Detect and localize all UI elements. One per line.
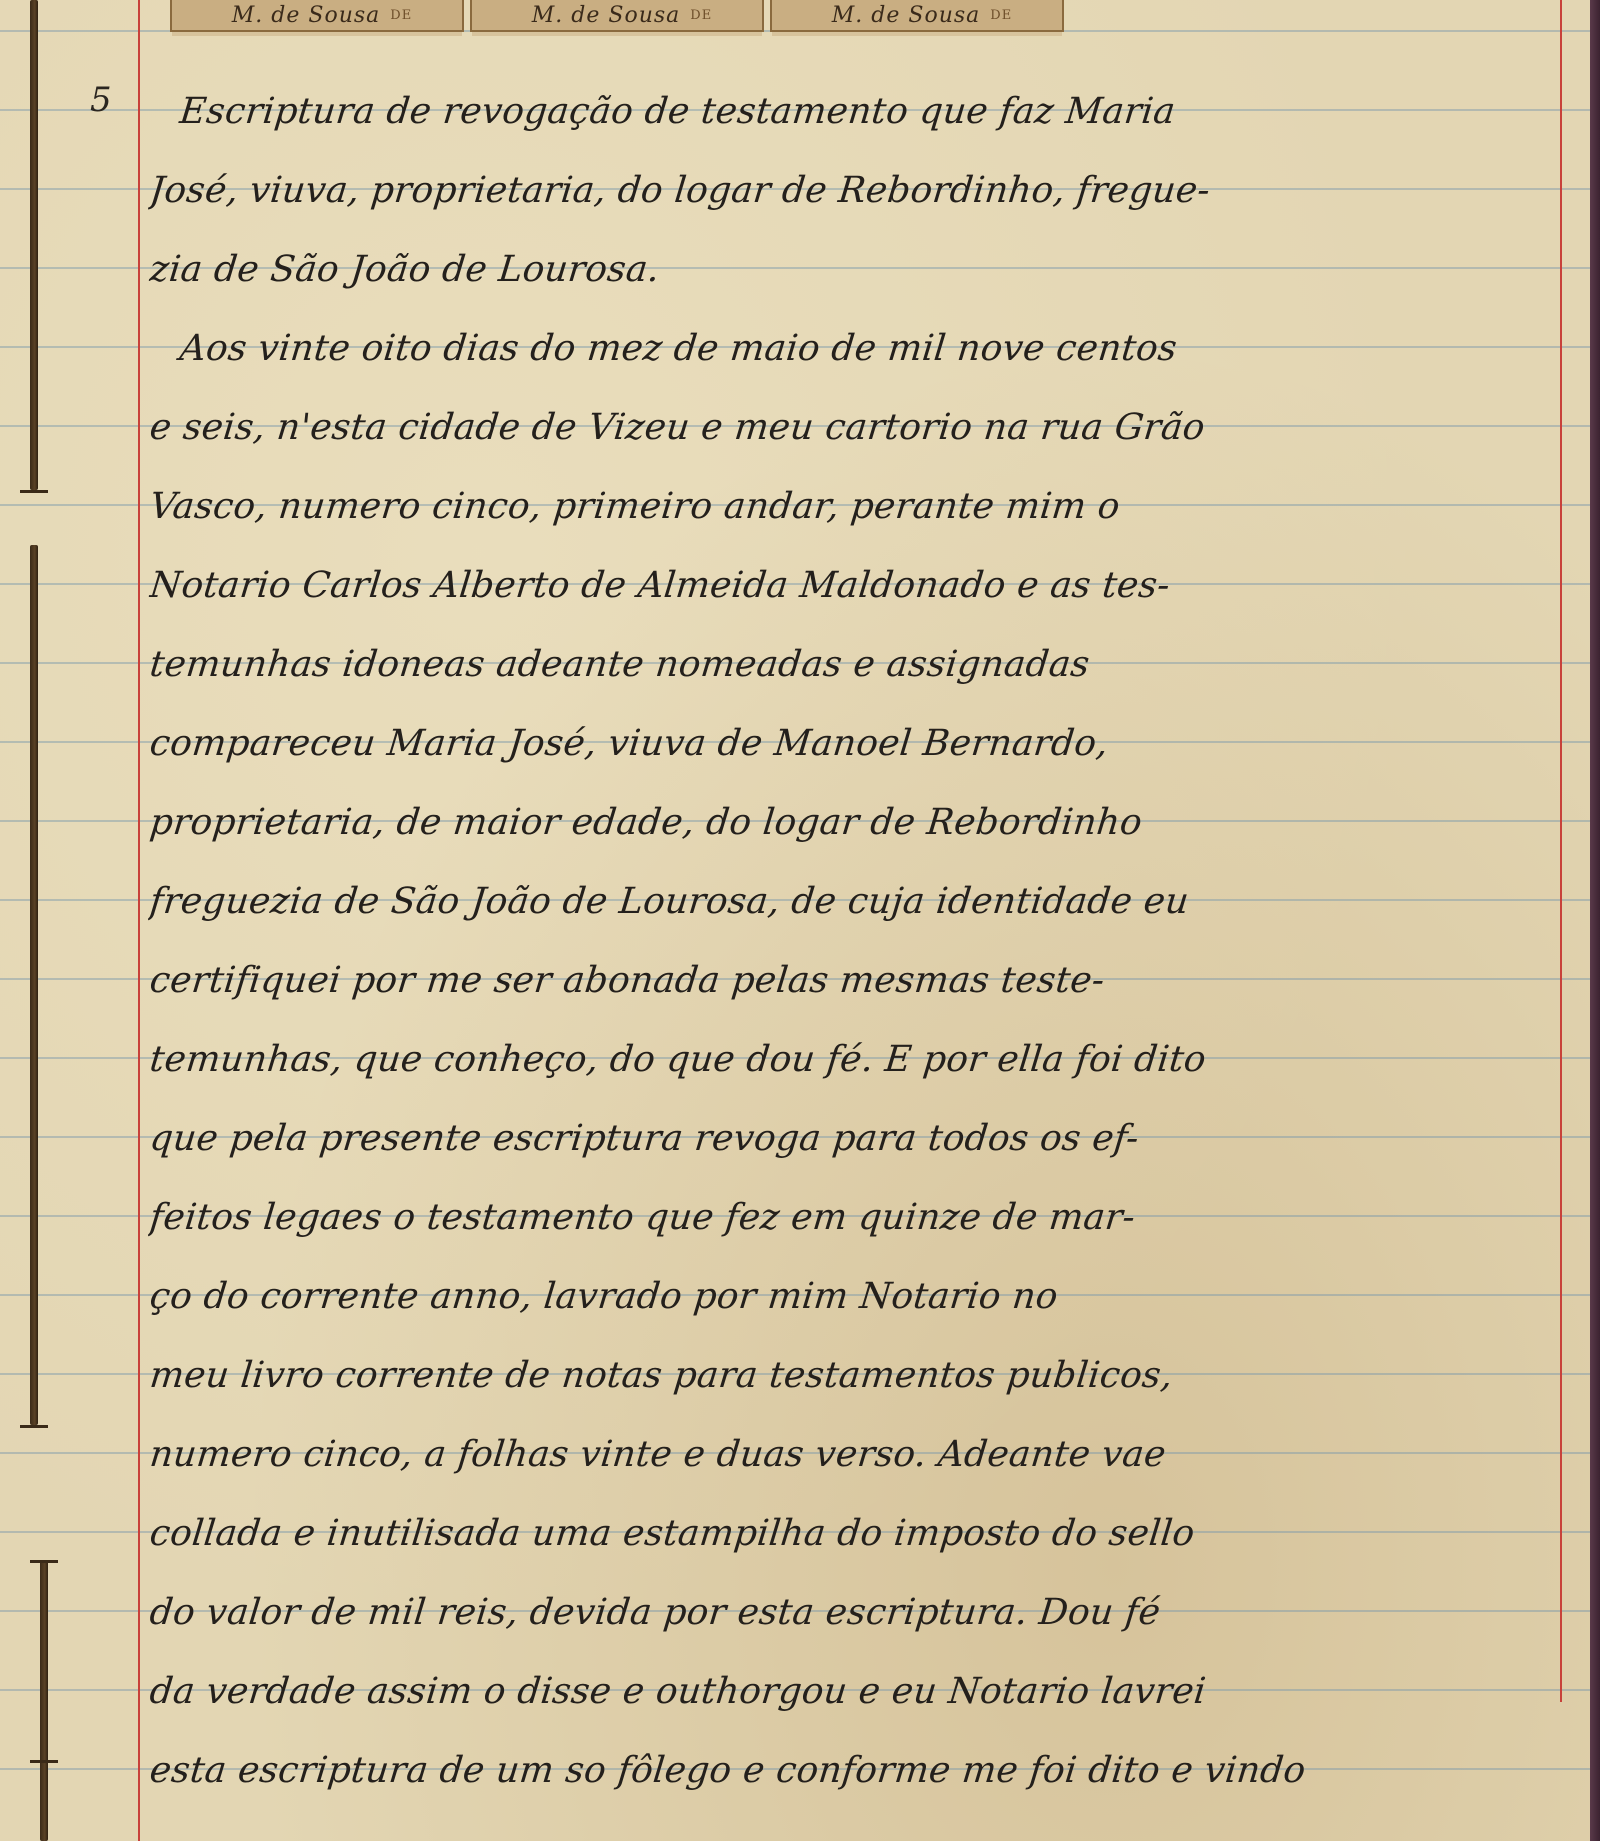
text-line: Aos vinte oito dias do mez de maio de mi… <box>146 309 1559 388</box>
right-margin-rule <box>1560 0 1562 1702</box>
text-line: Notario Carlos Alberto de Almeida Maldon… <box>146 546 1559 625</box>
text-line: esta escriptura de um so fôlego e confor… <box>146 1731 1559 1810</box>
stamp-label: DE <box>990 8 1012 23</box>
text-line: collada e inutilisada uma estampilha do … <box>146 1494 1559 1573</box>
revenue-stamp: M. de Sousa DE <box>770 0 1064 32</box>
stamp-signature: M. de Sousa <box>532 3 681 28</box>
ledger-page: M. de Sousa DE M. de Sousa DE M. de Sous… <box>0 0 1592 1841</box>
binding-thread <box>30 545 38 1425</box>
revenue-stamp: M. de Sousa DE <box>170 0 464 32</box>
text-line: que pela presente escriptura revoga para… <box>146 1099 1559 1178</box>
text-line: certifiquei por me ser abonada pelas mes… <box>146 941 1559 1020</box>
text-line: ço do corrente anno, lavrado por mim Not… <box>146 1257 1559 1336</box>
text-line: José, viuva, proprietaria, do logar de R… <box>146 151 1559 230</box>
text-line: proprietaria, de maior edade, do logar d… <box>146 783 1559 862</box>
revenue-stamp: M. de Sousa DE <box>470 0 764 32</box>
binding-stitch <box>30 1760 58 1763</box>
book-cover-edge <box>1590 0 1600 1841</box>
text-line: numero cinco, a folhas vinte e duas vers… <box>146 1415 1559 1494</box>
binding-thread <box>40 1560 48 1841</box>
text-line: Escriptura de revogação de testamento qu… <box>146 72 1559 151</box>
revenue-stamps: M. de Sousa DE M. de Sousa DE M. de Sous… <box>170 0 1064 36</box>
text-line: freguezia de São João de Lourosa, de cuj… <box>146 862 1559 941</box>
binding-thread <box>30 0 38 490</box>
entry-number: 5 <box>90 80 112 120</box>
stamp-signature: M. de Sousa <box>232 3 381 28</box>
stamp-label: DE <box>690 8 712 23</box>
text-line: meu livro corrente de notas para testame… <box>146 1336 1559 1415</box>
text-line: temunhas, que conheço, do que dou fé. E … <box>146 1020 1559 1099</box>
text-line: compareceu Maria José, viuva de Manoel B… <box>146 704 1559 783</box>
text-line: da verdade assim o disse e outhorgou e e… <box>146 1652 1559 1731</box>
binding-stitch <box>20 490 48 493</box>
text-line: e seis, n'esta cidade de Vizeu e meu car… <box>146 388 1559 467</box>
text-line: zia de São João de Lourosa. <box>146 230 1559 309</box>
text-line: do valor de mil reis, devida por esta es… <box>146 1573 1559 1652</box>
binding-stitch <box>30 1560 58 1563</box>
text-line: feitos legaes o testamento que fez em qu… <box>146 1178 1559 1257</box>
stamp-signature: M. de Sousa <box>832 3 981 28</box>
stamp-label: DE <box>390 8 412 23</box>
binding-stitch <box>20 1425 48 1428</box>
text-line: temunhas idoneas adeante nomeadas e assi… <box>146 625 1559 704</box>
handwritten-deed: Escriptura de revogação de testamento qu… <box>150 72 1555 1810</box>
text-line: Vasco, numero cinco, primeiro andar, per… <box>146 467 1559 546</box>
left-margin-rule <box>138 0 140 1841</box>
